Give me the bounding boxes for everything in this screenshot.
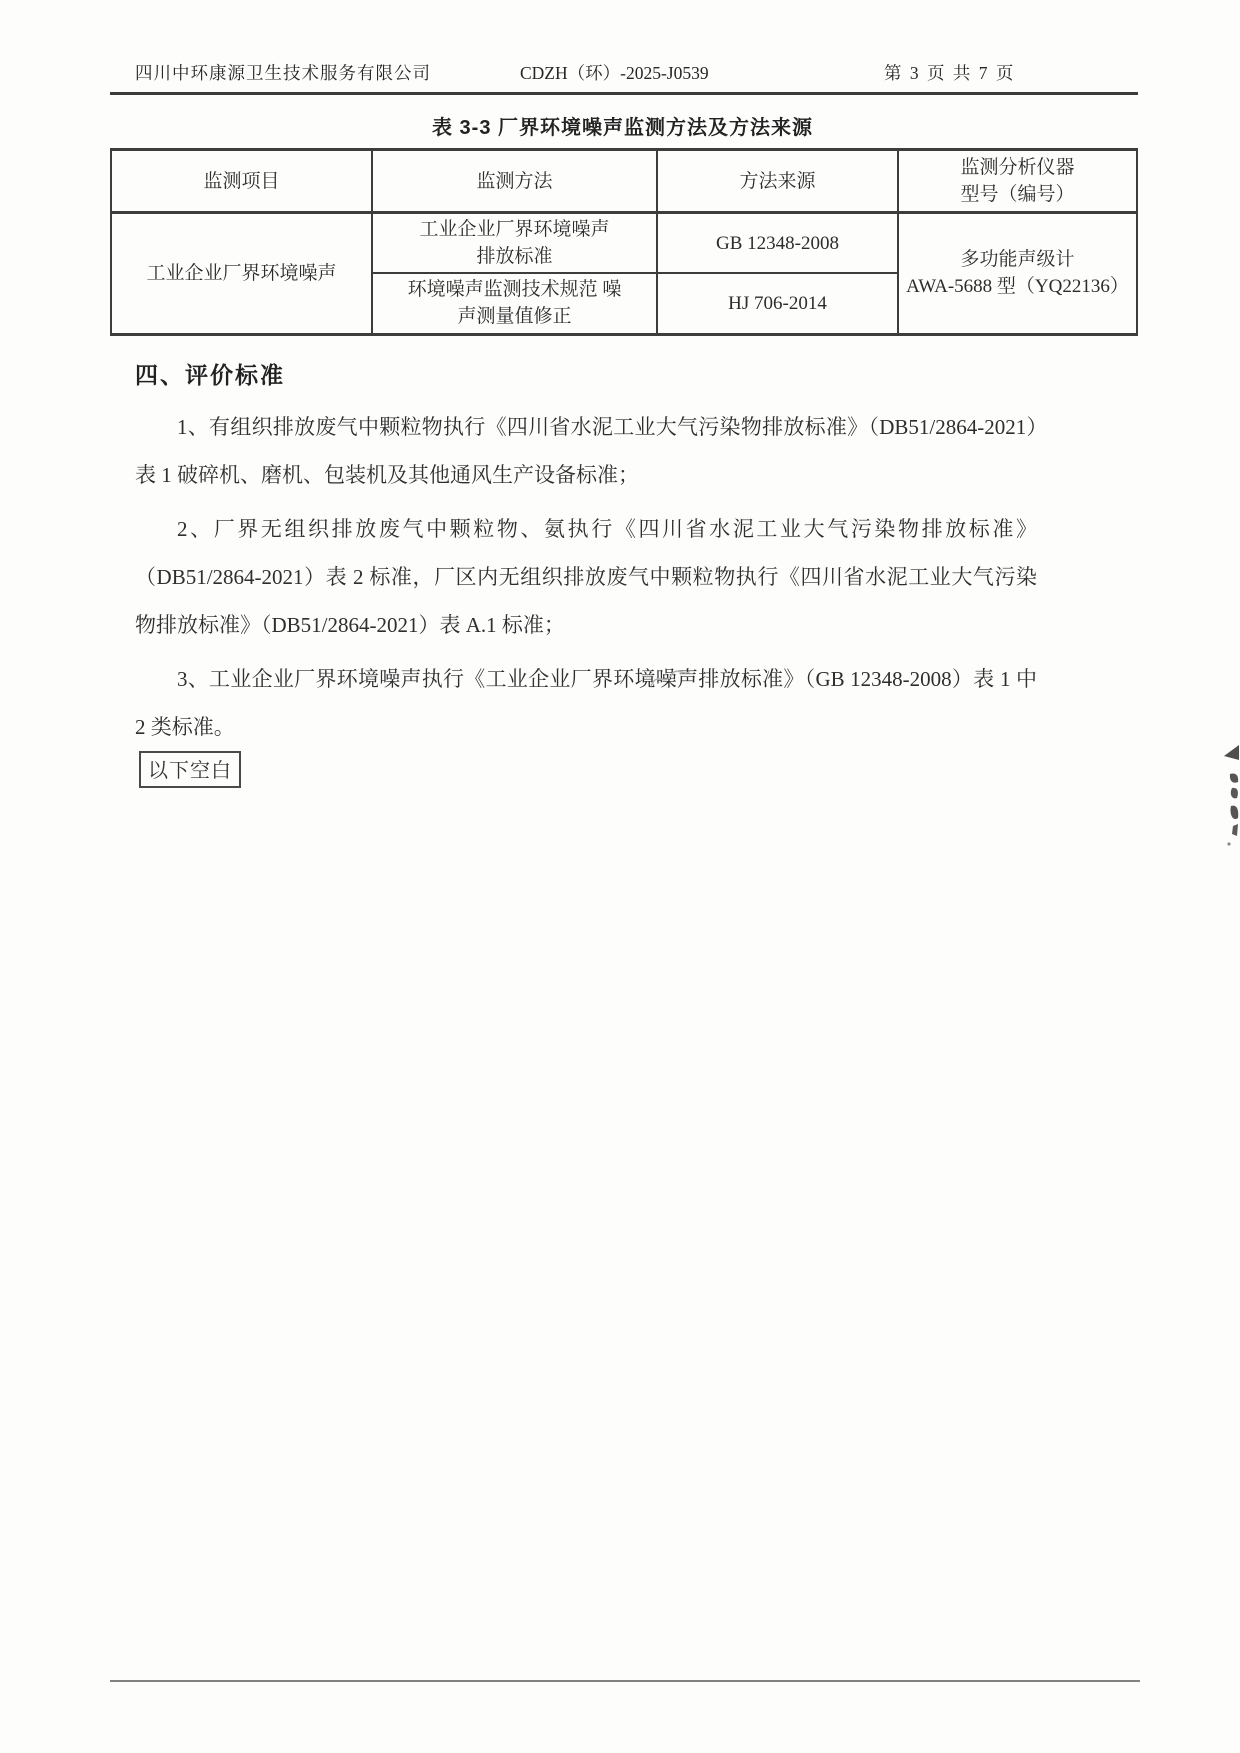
scan-artifact-edge-marks [1220, 744, 1240, 852]
footer-rule [110, 1680, 1140, 1682]
scanned-report-page: 四川中环康源卫生技术服务有限公司 CDZH（环）-2025-J0539 第 3 … [0, 0, 1240, 1753]
table-title: 表 3-3 厂界环境噪声监测方法及方法来源 [110, 111, 1135, 140]
monitoring-method-table: 监测项目 监测方法 方法来源 监测分析仪器 型号（编号） 工业企业厂界环境噪声 … [110, 148, 1138, 336]
section-title: 四、评价标准 [135, 357, 285, 390]
method-cell-2: 环境噪声监测技术规范 噪 声测量值修正 [372, 273, 657, 334]
report-number: CDZH（环）-2025-J0539 [520, 60, 709, 85]
table-row: 工业企业厂界环境噪声 工业企业厂界环境噪声 排放标准 GB 12348-2008… [111, 213, 1137, 274]
standard-item-3: 3、工业企业厂界环境噪声执行《工业企业厂界环境噪声排放标准》（GB 12348-… [135, 655, 1037, 751]
standard-item-2: 2、厂界无组织排放废气中颗粒物、氨执行《四川省水泥工业大气污染物排放标准》（DB… [135, 505, 1037, 649]
source-cell-2: HJ 706-2014 [657, 273, 898, 334]
blank-below-note: 以下空白 [139, 751, 241, 788]
column-header-method: 监测方法 [372, 150, 657, 213]
company-name: 四川中环康源卫生技术服务有限公司 [135, 60, 431, 85]
column-header-source: 方法来源 [657, 150, 898, 213]
scan-artifact-squiggle [648, 666, 692, 692]
standard-item-1: 1、有组织排放废气中颗粒物执行《四川省水泥工业大气污染物排放标准》（DB51/2… [135, 403, 1037, 499]
source-cell-1: GB 12348-2008 [657, 213, 898, 274]
column-header-instrument: 监测分析仪器 型号（编号） [898, 150, 1137, 213]
evaluation-standards-text: 1、有组织排放废气中颗粒物执行《四川省水泥工业大气污染物排放标准》（DB51/2… [135, 403, 1037, 757]
page-indicator: 第 3 页 共 7 页 [884, 60, 1015, 85]
column-header-project: 监测项目 [111, 150, 372, 213]
table-header-row: 监测项目 监测方法 方法来源 监测分析仪器 型号（编号） [111, 150, 1137, 213]
header-rule [110, 92, 1138, 95]
method-cell-1: 工业企业厂界环境噪声 排放标准 [372, 213, 657, 274]
instrument-cell: 多功能声级计 AWA-5688 型（YQ22136） [898, 213, 1137, 335]
project-cell: 工业企业厂界环境噪声 [111, 213, 372, 335]
